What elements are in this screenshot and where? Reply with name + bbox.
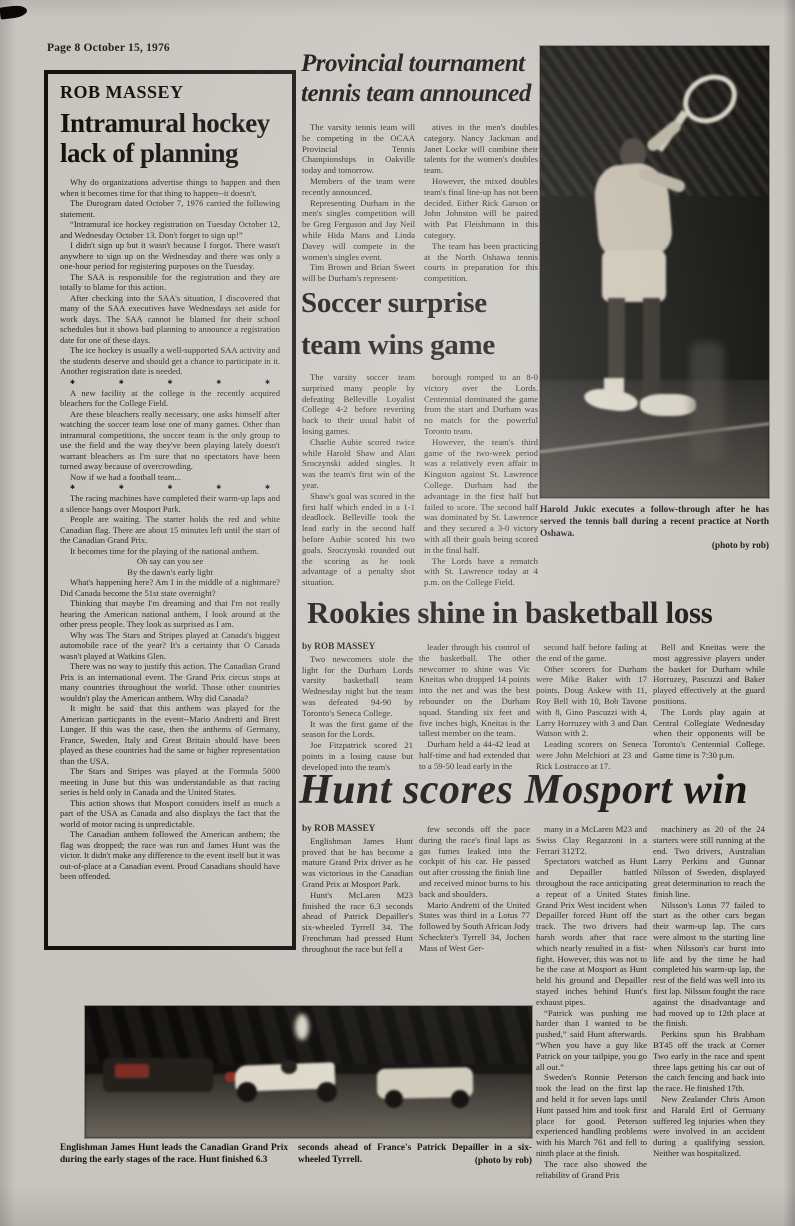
paragraph: “Intramural ice hockey registration on T… (60, 219, 280, 240)
scan-artifact-mark (0, 4, 28, 19)
paragraph: It might be said that this anthem was pl… (60, 703, 280, 766)
paragraph: There was no way to justify this action.… (60, 661, 280, 703)
basketball-article-headline: Rookies shine in basketball loss (307, 595, 713, 631)
paragraph: It was the first game of the season for … (302, 719, 413, 741)
photo-shape (608, 298, 625, 390)
columnist-name: ROB MASSEY (60, 82, 280, 103)
tennis-headline-line2: tennis team announced (301, 79, 553, 109)
photo-shape (640, 394, 696, 416)
photo-credit: (photo by rob) (475, 1155, 532, 1167)
race-photo-figure (85, 1006, 532, 1138)
section-separator: ✱✱✱✱✱ (60, 377, 280, 388)
paragraph: The racing machines have completed their… (60, 493, 280, 514)
paragraph: few seconds off the pace during the race… (419, 824, 530, 900)
paragraph: The team has been practicing at the Nort… (424, 241, 538, 284)
soccer-headline-line2: team wins game (301, 324, 495, 366)
paragraph: The varsity tennis team will be competin… (302, 122, 415, 176)
paragraph: A new facility at the college is the rec… (60, 388, 280, 409)
paragraph: Representing Durham in the men's singles… (302, 198, 415, 263)
hunt-byline: by ROB MASSEY (302, 824, 413, 835)
basketball-byline: by ROB MASSEY (302, 642, 413, 653)
paragraph: Perkins spun his Brabham BT45 off the tr… (653, 1029, 765, 1094)
paragraph: second half before fading at the end of … (536, 642, 647, 664)
paragraph: leader through his control of the basket… (419, 642, 530, 739)
tennis-article-headline: Provincial tournament tennis team announ… (301, 49, 553, 109)
paragraph: Members of the team were recently announ… (302, 176, 415, 198)
editorial-headline-line2: lack of planning (60, 138, 280, 168)
paragraph: Are these bleachers really necessary, on… (60, 409, 280, 472)
photo-shape (385, 1090, 403, 1108)
photo-shape (237, 1082, 257, 1102)
paragraph: Spectators watched as Hunt and Depailler… (536, 856, 647, 1007)
paragraph: Other scorers for Durham were Mike Baker… (536, 664, 647, 740)
race-photo (85, 1006, 532, 1138)
tennis-photo-caption: Harold Jukic executes a follow-through a… (540, 504, 769, 552)
paragraph: Why do organizations advertise things to… (60, 177, 280, 198)
paragraph: Charlie Aubie scored twice while Harold … (302, 437, 415, 491)
photo-credit: (photo by rob) (540, 540, 769, 552)
photo-shape (281, 1060, 297, 1074)
paragraph: The SAA is responsible for the registrat… (60, 272, 280, 293)
paragraph: The varsity soccer team surprised many p… (302, 372, 415, 437)
paragraph: However, the team's third game of the tw… (424, 437, 538, 556)
paragraph: Two newcomers stole the light for the Du… (302, 654, 413, 719)
tennis-article-column-1: The varsity tennis team will be competin… (302, 122, 415, 288)
paragraph: Now if we had a football team... (60, 472, 280, 483)
photo-shape (85, 1006, 532, 1064)
paragraph: machinery as 20 of the 24 starters were … (653, 824, 765, 900)
paragraph: Tim Brown and Brian Sweet will be Durham… (302, 262, 415, 284)
editorial-column-box: ROB MASSEY Intramural hockey lack of pla… (44, 70, 296, 950)
paragraph: After checking into the SAA's situation,… (60, 293, 280, 346)
paragraph: The race also showed the reliability of … (536, 1159, 647, 1178)
paragraph: What's happening here? Am I in the middl… (60, 577, 280, 598)
race-photo-caption-left: Englishman James Hunt leads the Canadian… (60, 1142, 288, 1166)
hunt-article-column-1: by ROB MASSEY Englishman James Hunt prov… (302, 824, 413, 1002)
paragraph: This action shows that Mosport considers… (60, 798, 280, 830)
paragraph: Sweden's Ronnie Peterson took the lead o… (536, 1072, 647, 1158)
photo-shape (317, 1082, 337, 1102)
paragraph: The Lords play again at Central Collegia… (653, 707, 765, 761)
paragraph: The Lords have a rematch with St. Lawren… (424, 556, 538, 588)
paragraph: It becomes time for the playing of the n… (60, 546, 280, 557)
editorial-body: Why do organizations advertise things to… (60, 177, 280, 882)
paragraph: However, the mixed doubles team's final … (424, 176, 538, 241)
soccer-article-column-2: borough romped to an 8-0 victory over th… (424, 372, 538, 588)
paragraph: borough romped to an 8-0 victory over th… (424, 372, 538, 437)
tennis-headline-line1: Provincial tournament (301, 49, 553, 79)
soccer-article-column-1: The varsity soccer team surprised many p… (302, 372, 415, 588)
hunt-article-column-4: machinery as 20 of the 24 starters were … (653, 824, 765, 1166)
photo-shape (451, 1090, 469, 1108)
paragraph: Englishman James Hunt proved that he has… (302, 836, 413, 890)
tennis-photo (540, 46, 769, 498)
tennis-article-column-2: atives in the men's doubles category. Na… (424, 122, 538, 288)
editorial-headline-line1: Intramural hockey (60, 108, 280, 138)
paragraph: The Durogram dated October 7, 1976 carri… (60, 198, 280, 219)
page-folio: Page 8 October 15, 1976 (47, 42, 170, 54)
photo-shape (295, 1014, 309, 1040)
soccer-headline-line1: Soccer surprise (301, 282, 495, 324)
race-photo-caption-right: seconds ahead of France's Patrick Depail… (298, 1142, 532, 1168)
photo-shape (690, 342, 724, 462)
paragraph: The ice hockey is usually a well-support… (60, 345, 280, 377)
paragraph: Mario Andretti of the United States was … (419, 900, 530, 954)
paragraph: I didn't sign up but it wasn't because I… (60, 240, 280, 272)
hunt-article-column-3: many in a McLaren M23 and Swiss Clay Reg… (536, 824, 647, 1178)
hunt-article-headline: Hunt scores Mosport win (299, 766, 748, 814)
hunt-article-column-2: few seconds off the pace during the race… (419, 824, 530, 1002)
paragraph: The Canadian anthem followed the America… (60, 829, 280, 882)
paragraph: Hunt's McLaren M23 finished the race 6.3… (302, 890, 413, 955)
paragraph: Thinking that maybe I'm dreaming and tha… (60, 598, 280, 630)
paragraph: People are waiting. The starter holds th… (60, 514, 280, 546)
tennis-photo-figure (540, 46, 769, 498)
editorial-headline: Intramural hockey lack of planning (60, 108, 280, 168)
paragraph: New Zealander Chris Amon and Harald Ertl… (653, 1094, 765, 1159)
photo-shape (643, 298, 660, 394)
paragraph: Shaw's goal was scored in the first half… (302, 491, 415, 588)
paragraph: many in a McLaren M23 and Swiss Clay Reg… (536, 824, 647, 856)
photo-shape (115, 1064, 149, 1078)
anthem-line: Oh say can you see (60, 556, 280, 567)
paragraph: “Patrick was pushing me harder than I wa… (536, 1008, 647, 1073)
paragraph: atives in the men's doubles category. Na… (424, 122, 538, 176)
section-separator: ✱✱✱✱✱ (60, 482, 280, 493)
newspaper-page: Page 8 October 15, 1976 ROB MASSEY Intra… (0, 0, 795, 1226)
paragraph: The Stars and Stripes was played at the … (60, 766, 280, 798)
player-shorts-shape (602, 250, 666, 302)
anthem-line: By the dawn's early light (60, 567, 280, 578)
paragraph: Why was The Stars and Stripes played at … (60, 630, 280, 662)
caption-text: Harold Jukic executes a follow-through a… (540, 505, 769, 539)
soccer-article-headline: Soccer surprise team wins game (301, 282, 495, 366)
paragraph: Nilsson's Lotus 77 failed to start as th… (653, 900, 765, 1030)
paragraph: Bell and Kneitas were the most aggressiv… (653, 642, 765, 707)
